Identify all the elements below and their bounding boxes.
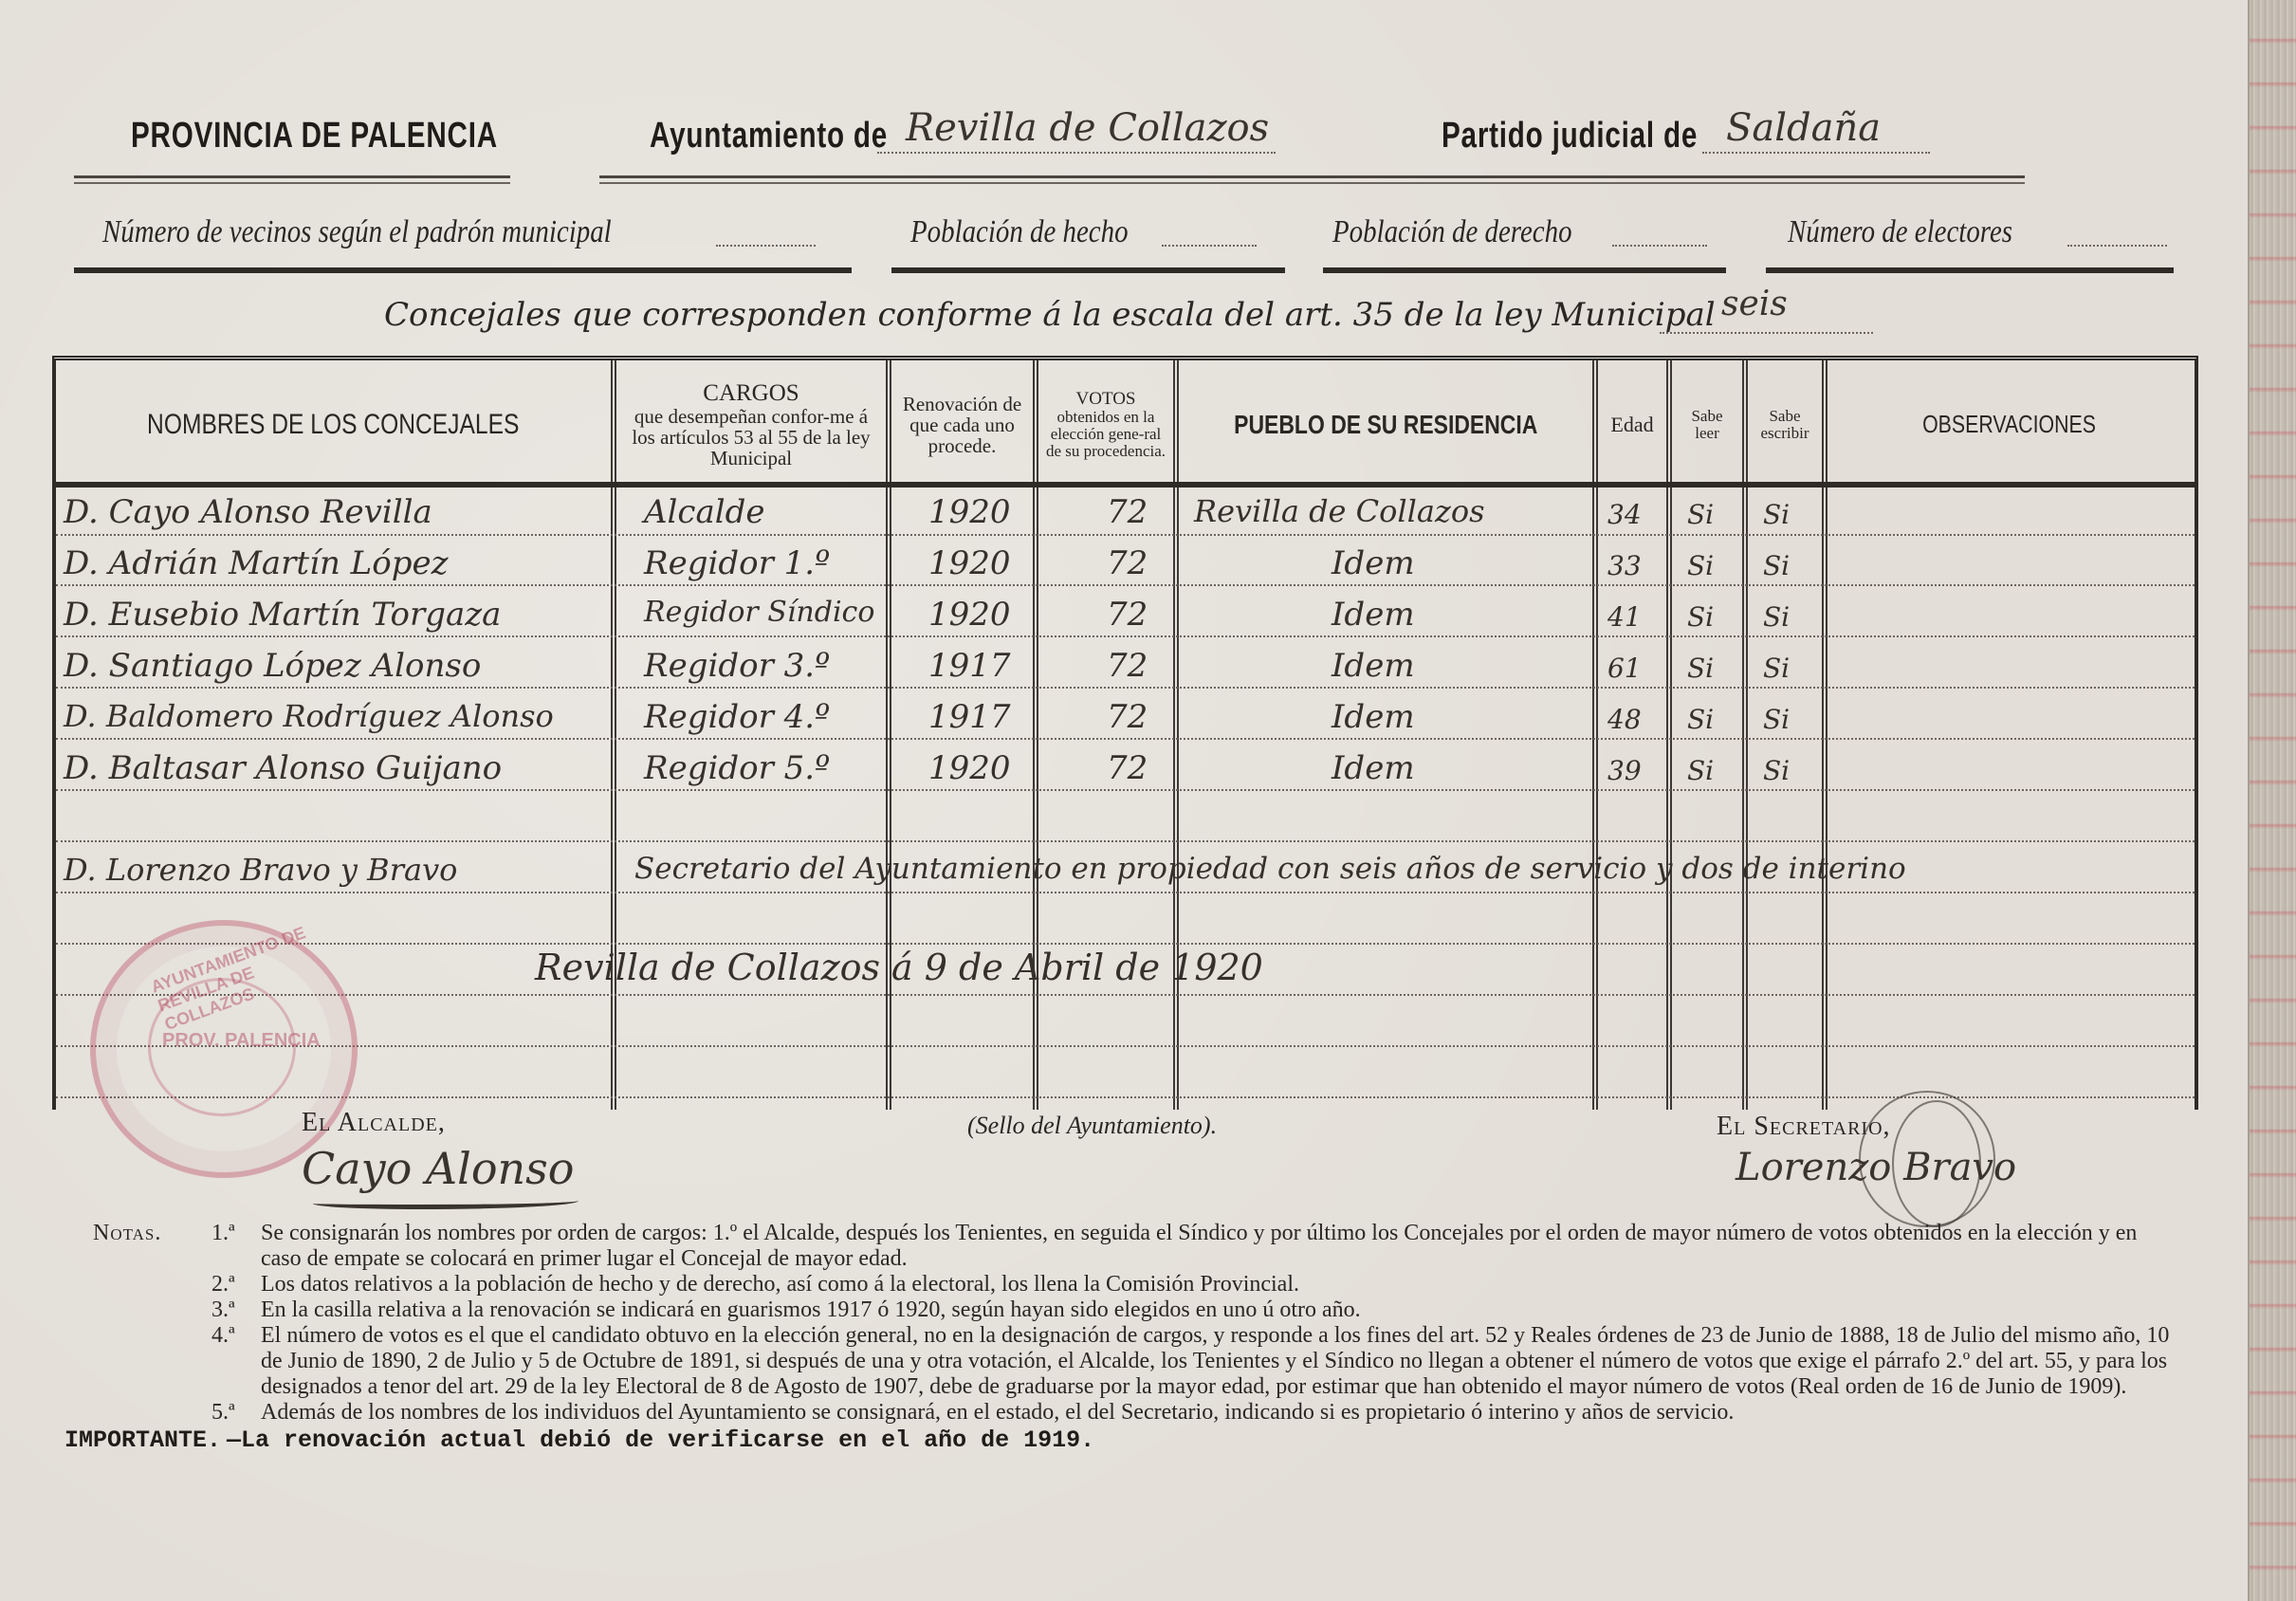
sello-label: (Sello del Ayuntamiento). [967, 1112, 1217, 1140]
partido-label: Partido judicial de [1442, 116, 1698, 156]
cell-pueblo: Idem [1332, 647, 1415, 685]
row-line [56, 789, 2195, 791]
cell-edad: 39 [1607, 755, 1642, 786]
important-notice: IMPORTANTE. —La renovación actual debió … [64, 1427, 2179, 1453]
note-item: 4.ª El número de votos es el que el cand… [93, 1323, 2179, 1400]
note-text: Los datos relativos a la población de he… [261, 1272, 2179, 1297]
row-line [56, 534, 2195, 536]
note-item: 2.ª Los datos relativos a la población d… [93, 1272, 2179, 1297]
header-rule [74, 175, 510, 184]
cell-nombre: D. Santiago López Alonso [64, 647, 481, 685]
concejales-table: NOMBRES DE LOS CONCEJALES CARGOS que des… [52, 356, 2198, 1110]
cell-escribir: Si [1763, 550, 1790, 581]
cell-edad: 33 [1607, 550, 1642, 581]
cell-edad: 61 [1607, 653, 1642, 684]
important-label: IMPORTANTE. [64, 1426, 221, 1454]
field-rule [891, 267, 1285, 273]
note-text: Se consignarán los nombres por orden de … [261, 1221, 2179, 1272]
book-page-edges [2248, 0, 2296, 1601]
cell-leer: Si [1687, 499, 1714, 530]
note-text: En la casilla relativa a la renovación s… [261, 1297, 2179, 1323]
row-line [56, 994, 2195, 996]
poblacion-derecho-field[interactable] [1612, 245, 1707, 247]
row-line [56, 687, 2195, 689]
cell-renovacion: 1920 [928, 596, 1011, 634]
cell-nombre: D. Adrián Martín López [64, 544, 449, 582]
cell-votos: 72 [1107, 647, 1148, 685]
header-rule [56, 482, 2195, 488]
cell-leer: Si [1687, 653, 1714, 684]
header-cargos-sublabel: que desempeñan confor-me á los artículos… [616, 406, 886, 469]
ayuntamiento-value: Revilla de Collazos [906, 106, 1269, 150]
field-rule [1766, 267, 2174, 273]
cell-nombre: D. Eusebio Martín Torgaza [64, 596, 501, 634]
cell-pueblo: Idem [1332, 544, 1415, 582]
note-number: 1.ª [211, 1221, 261, 1272]
field-rule [74, 267, 852, 273]
date-place-line: Revilla de Collazos á 9 de Abril de 1920 [535, 947, 1263, 988]
provincia-title: PROVINCIA DE PALENCIA [131, 116, 498, 156]
row-line [56, 840, 2195, 842]
header-nombres-label: NOMBRES DE LOS CONCEJALES [147, 410, 519, 440]
note-number: 2.ª [211, 1272, 261, 1297]
concejales-field-line [1660, 332, 1873, 334]
note-number: 4.ª [211, 1323, 261, 1400]
header-pueblo: PUEBLO DE SU RESIDENCIA [1179, 372, 1592, 478]
header-rule [599, 175, 1306, 184]
vecinos-label: Número de vecinos según el padrón munici… [102, 214, 612, 250]
cell-votos: 72 [1107, 749, 1148, 787]
header-sabe-escribir-label: Sabe escribir [1748, 408, 1822, 442]
poblacion-hecho-label: Población de hecho [910, 214, 1129, 250]
alcalde-signature: Cayo Alonso [302, 1143, 574, 1194]
cell-pueblo: Revilla de Collazos [1194, 493, 1485, 529]
cell-renovacion: 1920 [928, 749, 1011, 787]
cell-cargo: Regidor 4.º [644, 698, 830, 736]
cell-edad: 34 [1607, 499, 1642, 530]
cell-leer: Si [1687, 601, 1714, 633]
cell-nombre: D. Cayo Alonso Revilla [64, 493, 432, 531]
row-line [56, 635, 2195, 637]
cell-votos: 72 [1107, 544, 1148, 582]
cell-leer: Si [1687, 550, 1714, 581]
cell-edad: 41 [1607, 601, 1642, 633]
header-renovacion: Renovación de que cada uno procede. [891, 372, 1033, 478]
cell-votos: 72 [1107, 493, 1148, 531]
header-renovacion-label: Renovación de que cada uno procede. [891, 394, 1033, 456]
cell-escribir: Si [1763, 601, 1790, 633]
row-line [56, 892, 2195, 893]
row-line [56, 943, 2195, 945]
header-votos: VOTOS obtenidos en la elección gene-ral … [1038, 372, 1173, 478]
stamp-inner-text: PROV. PALENCIA [162, 1030, 321, 1052]
electores-field[interactable] [2067, 245, 2167, 247]
header-nombres: NOMBRES DE LOS CONCEJALES [56, 372, 611, 478]
cell-escribir: Si [1763, 499, 1790, 530]
note-text: Además de los nombres de los individuos … [261, 1400, 2179, 1426]
row-line [56, 1096, 2195, 1098]
ayuntamiento-label: Ayuntamiento de [650, 116, 888, 156]
cell-pueblo: Idem [1332, 596, 1415, 634]
note-number: 3.ª [211, 1297, 261, 1323]
partido-field-line [1702, 152, 1930, 154]
concejales-value: seis [1721, 285, 1788, 323]
secretary-description: Secretario del Ayuntamiento en propiedad… [634, 852, 1906, 886]
cell-escribir: Si [1763, 653, 1790, 684]
signature-flourish [1892, 1100, 1981, 1227]
partido-value: Saldaña [1726, 106, 1881, 150]
signature-flourish [313, 1195, 579, 1209]
secretary-name: D. Lorenzo Bravo y Bravo [64, 852, 457, 888]
cell-cargo: Alcalde [644, 493, 765, 531]
note-item: 3.ª En la casilla relativa a la renovaci… [93, 1297, 2179, 1323]
header-observaciones-label: OBSERVACIONES [1922, 412, 2096, 437]
cell-leer: Si [1687, 755, 1714, 786]
cell-cargo: Regidor Síndico [644, 596, 874, 629]
important-text: —La renovación actual debió de verificar… [227, 1426, 1094, 1454]
notes-section: Notas. 1.ª Se consignarán los nombres po… [93, 1221, 2179, 1453]
cell-cargo: Regidor 1.º [644, 544, 830, 582]
note-number: 5.ª [211, 1400, 261, 1426]
cell-edad: 48 [1607, 704, 1642, 735]
cell-renovacion: 1917 [928, 647, 1011, 685]
row-line [56, 738, 2195, 740]
header-observaciones: OBSERVACIONES [1828, 372, 2191, 478]
vecinos-field[interactable] [716, 245, 816, 247]
header-pueblo-label: PUEBLO DE SU RESIDENCIA [1234, 411, 1537, 438]
cell-renovacion: 1920 [928, 493, 1011, 531]
cell-escribir: Si [1763, 704, 1790, 735]
cell-nombre: D. Baltasar Alonso Guijano [64, 749, 502, 787]
header-cargos-label: CARGOS [703, 381, 799, 406]
header-votos-sublabel: obtenidos en la elección gene-ral de su … [1038, 409, 1173, 460]
header-sabe-escribir: Sabe escribir [1748, 372, 1822, 478]
cell-nombre: D. Baldomero Rodríguez Alonso [64, 698, 554, 734]
cell-pueblo: Idem [1332, 698, 1415, 736]
cell-pueblo: Idem [1332, 749, 1415, 787]
cell-escribir: Si [1763, 755, 1790, 786]
cell-votos: 72 [1107, 698, 1148, 736]
cell-cargo: Regidor 3.º [644, 647, 830, 685]
cell-renovacion: 1920 [928, 544, 1011, 582]
notes-heading: Notas. [93, 1221, 211, 1272]
row-line [56, 584, 2195, 586]
cell-renovacion: 1917 [928, 698, 1011, 736]
header-edad-label: Edad [1610, 414, 1653, 435]
header-edad: Edad [1598, 372, 1666, 478]
ayuntamiento-field-line [877, 152, 1276, 154]
header-votos-label: VOTOS [1076, 390, 1136, 409]
poblacion-derecho-label: Población de derecho [1332, 214, 1572, 250]
municipal-seal-stamp: AYUNTAMIENTO DE REVILLA DE COLLAZOS PROV… [90, 920, 358, 1178]
header-cargos: CARGOS que desempeñan confor-me á los ar… [616, 372, 886, 478]
row-line [56, 1045, 2195, 1047]
document-page: PROVINCIA DE PALENCIA Ayuntamiento de Re… [0, 0, 2248, 1601]
cell-votos: 72 [1107, 596, 1148, 634]
note-item: Notas. 1.ª Se consignarán los nombres po… [93, 1221, 2179, 1272]
header-rule [1247, 175, 2025, 184]
concejales-label: Concejales que corresponden conforme á l… [384, 296, 1716, 334]
alcalde-label: El Alcalde, [302, 1108, 446, 1138]
header-sabe-leer: Sabe leer [1672, 372, 1742, 478]
poblacion-hecho-field[interactable] [1162, 245, 1257, 247]
note-item: 5.ª Además de los nombres de los individ… [93, 1400, 2179, 1426]
electores-label: Número de electores [1788, 214, 2012, 250]
header-sabe-leer-label: Sabe leer [1672, 408, 1742, 442]
note-text: El número de votos es el que el candidat… [261, 1323, 2179, 1400]
cell-leer: Si [1687, 704, 1714, 735]
cell-cargo: Regidor 5.º [644, 749, 830, 787]
field-rule [1323, 267, 1726, 273]
